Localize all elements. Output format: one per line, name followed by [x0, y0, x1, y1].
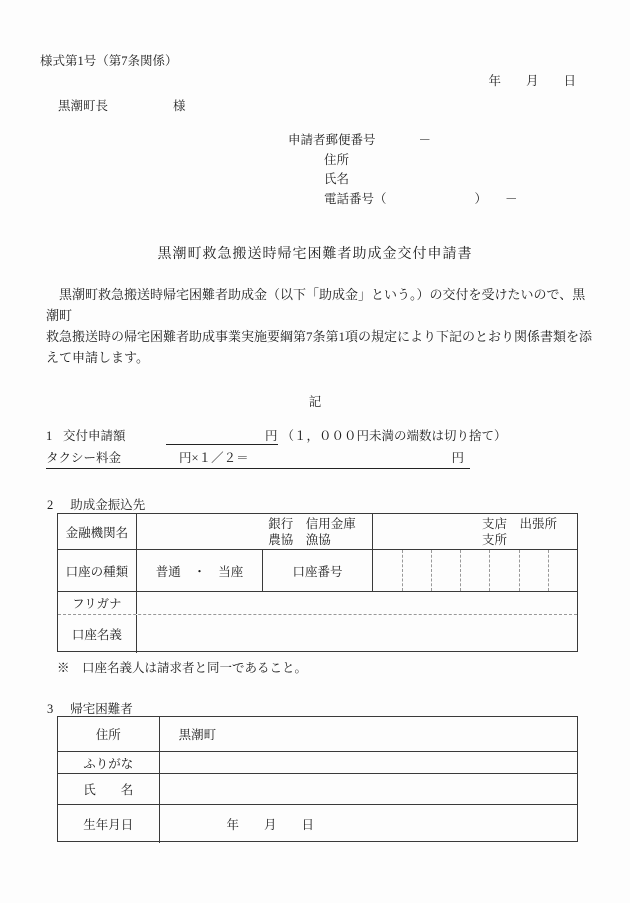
body-paragraph: 黒潮町救急搬送時帰宅困難者助成金（以下「助成金」という。）の交付を受けたいので、… — [46, 284, 594, 368]
bank-type-options: 銀行 信用金庫 農協 漁協 — [268, 516, 356, 548]
table-row: フリガナ — [58, 591, 577, 614]
table-row: 氏 名 — [58, 773, 577, 804]
application-form-page: 様式第1号（第7条関係） 年 月 日 黒潮町長様 申請者郵便番号－ 住所 氏名 … — [0, 0, 630, 903]
name-label: 氏 名 — [58, 774, 159, 804]
phone-dash: － — [505, 192, 518, 206]
birthdate-label: 生年月日 — [58, 805, 159, 843]
half-formula: 円×１／２＝ — [179, 448, 249, 466]
furigana-label: フリガナ — [58, 592, 136, 614]
rounding-note: （１，０００円未満の端数は切り捨て） — [282, 426, 507, 444]
account-type-options: 普通 ・ 当座 — [136, 550, 263, 591]
account-digit-grid — [373, 550, 577, 591]
phone-label: 電話番号（ — [324, 192, 387, 206]
body-line: えて申請します。 — [46, 347, 594, 368]
name-field — [159, 774, 577, 804]
date-line: 年 月 日 — [0, 71, 576, 89]
table-row: 金融機関名 銀行 信用金庫 農協 漁協 支店 出張所 支所 — [58, 514, 577, 549]
account-digit-cell — [373, 550, 402, 591]
form-number: 様式第1号（第7条関係） — [40, 51, 178, 69]
account-digit-cell — [431, 550, 460, 591]
furigana-label: ふりがな — [58, 752, 159, 773]
address-label: 住所 — [324, 153, 349, 167]
stranded-person-table: 住所 黒潮町 ふりがな 氏 名 生年月日 年 月 日 — [57, 716, 578, 842]
address-label: 住所 — [58, 717, 159, 751]
table-row: 住所 黒潮町 — [58, 717, 577, 751]
bank-transfer-table: 金融機関名 銀行 信用金庫 農協 漁協 支店 出張所 支所 口座の種類 普通 ・… — [57, 513, 578, 652]
table-row: 口座の種類 普通 ・ 当座 口座番号 — [58, 549, 577, 591]
grant-amount-field: 円 — [166, 426, 278, 445]
phone-close-paren: ） — [475, 192, 488, 206]
applicant-address-line: 住所 — [288, 151, 518, 171]
furigana-field — [159, 752, 577, 773]
body-line: 黒潮町救急搬送時帰宅困難者助成金（以下「助成金」という。）の交付を受けたいので、… — [46, 284, 594, 326]
financial-institution-label: 金融機関名 — [58, 514, 136, 549]
grant-amount-label: 交付申請額 — [63, 426, 126, 444]
applicant-label: 申請者 — [288, 133, 326, 147]
applicant-name-line: 氏名 — [288, 170, 518, 190]
section2-label: 助成金振込先 — [70, 498, 145, 512]
account-digit-cell — [489, 550, 518, 591]
postal-code-dash: － — [419, 133, 432, 147]
branch-type-options: 支店 出張所 支所 — [482, 516, 557, 548]
financial-institution-field: 銀行 信用金庫 農協 漁協 — [136, 514, 372, 549]
account-digit-cell — [519, 550, 548, 591]
addressee-line: 黒潮町長様 — [58, 96, 186, 114]
account-digit-cell — [402, 550, 431, 591]
account-number-field — [372, 550, 577, 591]
section-number: 3 — [47, 702, 53, 716]
addressee-name: 黒潮町長 — [58, 99, 108, 113]
item-number: 1 — [46, 429, 63, 444]
yen-unit: 円 — [451, 448, 464, 466]
account-type-label: 口座の種類 — [58, 550, 136, 591]
document-title: 黒潮町救急搬送時帰宅困難者助成金交付申請書 — [0, 243, 630, 263]
body-line: 救急搬送時の帰宅困難者助成事業実施要綱第7条第1項の規定により下記のとおり関係書… — [46, 326, 594, 347]
account-digit-cell — [460, 550, 489, 591]
section-number: 2 — [47, 498, 53, 512]
furigana-field — [136, 592, 577, 614]
applicant-phone-line: 電話番号（）－ — [288, 190, 518, 210]
record-marker: 記 — [0, 392, 630, 410]
address-value: 黒潮町 — [159, 717, 577, 751]
section3-heading: 3帰宅困難者 — [47, 699, 133, 717]
section2-heading: 2助成金振込先 — [47, 495, 145, 513]
section3-label: 帰宅困難者 — [70, 702, 133, 716]
name-label: 氏名 — [324, 172, 349, 186]
branch-field: 支店 出張所 支所 — [372, 514, 577, 549]
table-row: 生年月日 年 月 日 — [58, 804, 577, 843]
addressee-honorific: 様 — [173, 99, 186, 113]
table-row: 口座名義 — [58, 614, 577, 653]
taxi-fare-label: タクシー料金 — [46, 448, 121, 466]
applicant-block: 申請者郵便番号－ 住所 氏名 電話番号（）－ — [288, 131, 518, 209]
applicant-postal-line: 申請者郵便番号－ — [288, 131, 518, 151]
table-row: ふりがな — [58, 751, 577, 773]
postal-code-label: 郵便番号 — [326, 133, 376, 147]
taxi-fare-line: タクシー料金 円×１／２＝ 円 — [46, 448, 470, 469]
account-holder-label: 口座名義 — [58, 615, 136, 653]
grant-amount-line: 1 交付申請額 円 （１，０００円未満の端数は切り捨て） — [46, 426, 507, 445]
account-digit-cell — [548, 550, 577, 591]
account-holder-field — [136, 615, 577, 653]
birthdate-field: 年 月 日 — [159, 805, 577, 843]
account-number-label: 口座番号 — [262, 550, 372, 591]
account-holder-note: ※ 口座名義人は請求者と同一であること。 — [57, 658, 307, 676]
